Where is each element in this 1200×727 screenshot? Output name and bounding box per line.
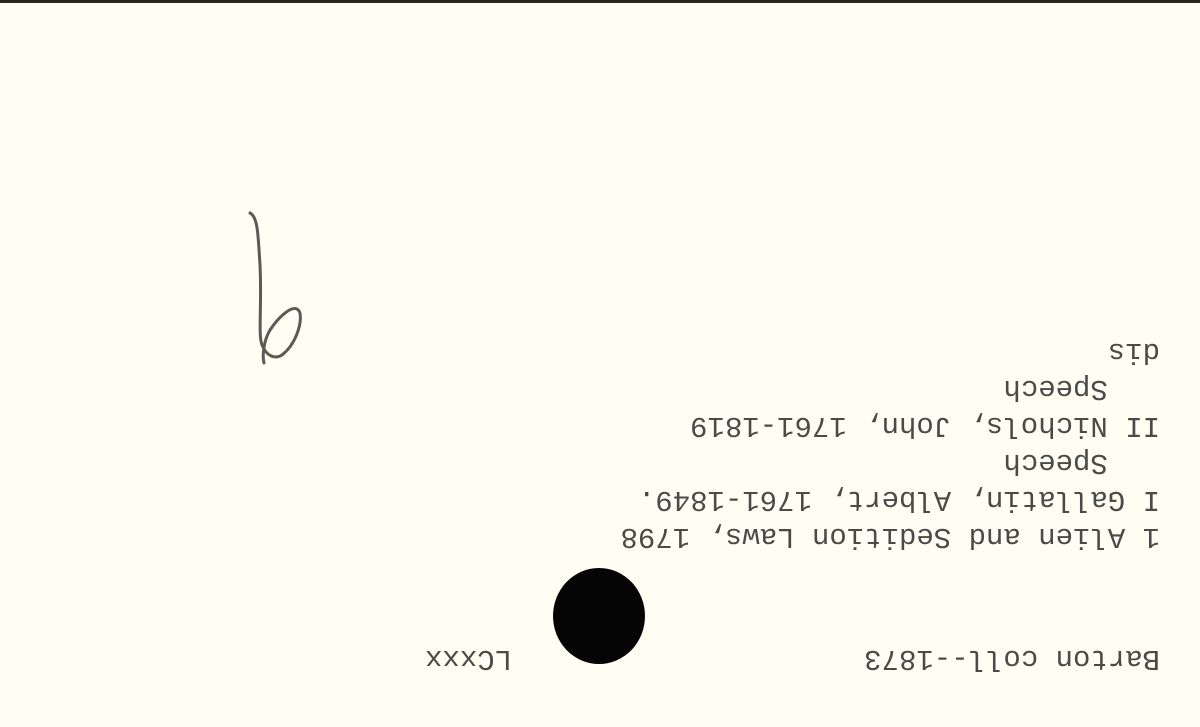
tracing-dis: dis <box>1108 337 1160 366</box>
collection-code: LCxxx <box>425 644 512 673</box>
tracing-added-entry-2: II Nichols, John, 1761-1819 <box>690 411 1160 440</box>
tracing-subject: 1 Alien and Sedition Laws, 1798 <box>621 522 1161 551</box>
catalog-card: Barton coll--1873 LCxxx 1 Alien and Sedi… <box>0 3 1200 727</box>
tracing-title-1: Speech <box>1003 448 1160 477</box>
handwritten-mark <box>240 205 310 375</box>
tracing-title-2: Speech <box>1003 374 1160 403</box>
call-number: Barton coll--1873 <box>864 644 1160 673</box>
tracing-added-entry-1: I Gallatin, Albert, 1761-1849. <box>638 485 1160 514</box>
punch-hole <box>553 568 645 664</box>
